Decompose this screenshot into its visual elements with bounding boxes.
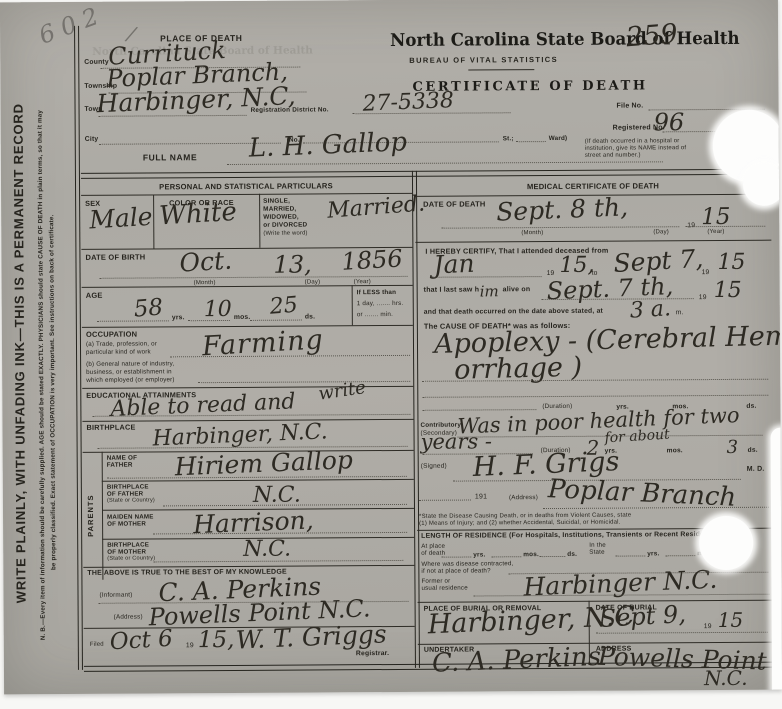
sex-value: Male xyxy=(88,202,153,235)
occupation-b-label-3: which employed (or employer) xyxy=(86,376,175,384)
cell-divider xyxy=(352,285,353,325)
handwritten-page-number: 259 xyxy=(625,18,679,53)
father-birthplace-label-3: (State or Country) xyxy=(107,497,155,503)
death-occurred-statement: and that death occurred on the date abov… xyxy=(424,308,603,316)
contributory-value-line1: Was in poor health for two xyxy=(457,403,740,439)
if-less-label-2: 1 day, ....... hrs. xyxy=(357,300,404,307)
cell-divider xyxy=(259,194,261,248)
yrs-unit: yrs. xyxy=(172,314,185,321)
rule-line xyxy=(102,479,414,482)
marital-value: Married. xyxy=(326,191,425,223)
dotted-line xyxy=(99,115,247,117)
dob-day-value: 13, xyxy=(273,250,311,278)
occupation-b-label-1: (b) General nature of industry, xyxy=(86,360,174,368)
year-sublabel: (Year) xyxy=(707,229,724,235)
ds-unit: ds. xyxy=(748,447,758,454)
contributory-label-1: Contributory xyxy=(420,422,461,429)
hole-punch xyxy=(743,164,782,206)
hour-of-death-value: 3 a. xyxy=(629,296,672,323)
attended-from-value: Jan xyxy=(433,249,475,280)
physician-address-label: (Address) xyxy=(509,494,538,501)
filed-year-prefix: 19 xyxy=(186,642,194,649)
last-saw-statement-1: that I last saw h xyxy=(424,286,480,293)
marital-label-2: MARRIED, xyxy=(263,206,296,213)
full-name-label: FULL NAME xyxy=(143,152,197,162)
marital-label-1: SINGLE, xyxy=(263,198,290,205)
bureau-underline xyxy=(468,69,534,71)
date-of-death-value: Sept. 8 th, xyxy=(496,192,629,226)
contributory-value-line2: years - xyxy=(421,429,493,453)
dotted-line xyxy=(97,320,169,321)
dotted-line xyxy=(441,557,471,558)
dotted-line xyxy=(491,556,521,557)
from-year-value: 15, xyxy=(559,253,594,278)
date-of-birth-label: DATE OF BIRTH xyxy=(85,252,145,261)
margin-divider-rule xyxy=(74,26,83,670)
rule-line xyxy=(83,565,414,568)
m-label: m. xyxy=(676,309,684,316)
race-value: White xyxy=(158,197,237,231)
medical-certificate-heading: MEDICAL CERTIFICATE OF DEATH xyxy=(416,181,770,192)
if-less-label-1: If LESS than xyxy=(357,289,397,296)
header-divider-rule xyxy=(81,169,773,179)
last-saw-him-insert: im xyxy=(480,282,499,300)
day-sublabel: (Day) xyxy=(653,229,669,235)
burial-year-prefix: 19 xyxy=(704,623,712,630)
last-saw-statement-2: alive on xyxy=(503,286,531,293)
birthplace-label: BIRTHPLACE xyxy=(86,423,135,432)
if-less-label-3: or ....... min. xyxy=(357,311,393,318)
ds-unit: ds. xyxy=(746,403,756,410)
length-of-residence-heading: LENGTH OF RESIDENCE (For Hospitals, Inst… xyxy=(421,531,718,540)
city-ward-label: Ward) xyxy=(549,135,568,142)
pencil-scribble: 6 0 2 xyxy=(35,2,102,49)
dob-month-value: Oct. xyxy=(179,246,233,278)
registrar-label: Registrar. xyxy=(356,650,389,657)
disease-contracted-label-2: if not at place of death? xyxy=(421,567,490,574)
dob-year-value: 1856 xyxy=(341,244,404,276)
father-name-label-2: FATHER xyxy=(107,462,133,469)
hospital-note: (If death occurred in a hospital or inst… xyxy=(585,138,691,160)
mos-unit: mos. xyxy=(523,551,539,558)
death-certificate-page: WRITE PLAINLY, WITH UNFADING INK—THIS IS… xyxy=(0,0,782,694)
cell-divider xyxy=(153,194,155,248)
occupation-a-label-1: (a) Trade, profession, or xyxy=(86,340,157,347)
mother-birthplace-label-3: (State or Country) xyxy=(107,555,155,561)
burial-year-value: 15 xyxy=(718,608,744,632)
occupation-a-label-2: particular kind of work xyxy=(86,348,151,355)
yrs-unit: yrs. xyxy=(647,550,659,557)
dotted-line xyxy=(516,141,546,142)
mother-birthplace-value: N.C. xyxy=(243,537,291,562)
age-days-value: 25 xyxy=(269,293,299,320)
dotted-line xyxy=(422,409,536,411)
date-of-death-label: DATE OF DEATH xyxy=(423,199,485,208)
ds-unit: ds. xyxy=(305,313,315,320)
md-label: M. D. xyxy=(747,466,765,473)
filed-year-value: 15, xyxy=(198,627,235,653)
occupation-label: OCCUPATION xyxy=(86,330,137,339)
torn-page-edge xyxy=(771,428,782,695)
informant-label: (Informant) xyxy=(99,592,132,599)
dotted-line xyxy=(432,276,542,278)
filed-date-value: Oct 6 xyxy=(109,626,173,656)
age-label: AGE xyxy=(86,291,103,300)
dotted-line xyxy=(250,320,302,321)
marital-label-5: (Write the word) xyxy=(263,231,307,237)
dotted-line xyxy=(227,161,663,165)
lastsaw-year-prefix: 19 xyxy=(699,294,707,301)
mos-unit: mos. xyxy=(234,314,251,321)
dotted-line xyxy=(422,395,768,398)
dotted-line xyxy=(615,555,645,556)
contributory-duration-days: 3 xyxy=(727,437,739,458)
signed-label: (Signed) xyxy=(421,463,447,470)
mother-maiden-value: Harrison, xyxy=(193,505,315,539)
board-title: North Carolina State Board of Health xyxy=(390,29,740,51)
undertaker-value: C. A. Perkins xyxy=(431,642,601,679)
age-months-value: 10 xyxy=(204,297,232,322)
dotted-line xyxy=(153,560,403,563)
former-residence-label-2: usual residence xyxy=(421,585,467,592)
city-label: City xyxy=(85,136,99,143)
rule-line xyxy=(82,285,413,288)
filed-label: Filed xyxy=(90,642,104,648)
rule-line xyxy=(82,325,413,328)
dotted-line xyxy=(665,555,695,556)
bureau-subtitle: BUREAU OF VITAL STATISTICS xyxy=(409,55,558,65)
date-of-burial-value: Sept 9, xyxy=(599,600,687,633)
mos-unit: mos. xyxy=(667,447,683,454)
lastsaw-year-value: 15 xyxy=(714,278,742,303)
to-year-prefix: 19 xyxy=(702,269,710,276)
parents-divider xyxy=(102,452,104,580)
full-name-value: L. H. Gallop xyxy=(248,127,407,163)
registration-district-label: Registration District No. xyxy=(251,106,329,113)
dotted-line xyxy=(198,381,410,383)
informant-address-label: (Address) xyxy=(114,614,143,621)
in-state-label-2: State xyxy=(589,549,604,556)
parents-section-label: PARENTS xyxy=(86,457,101,575)
file-no-label: File No. xyxy=(617,102,644,109)
dotted-line xyxy=(419,500,471,501)
dotted-line xyxy=(539,556,565,557)
occupation-b-label-2: business, or establishment in xyxy=(86,368,172,376)
rule-line xyxy=(415,240,771,243)
month-sublabel: (Month) xyxy=(521,230,543,236)
hole-punch xyxy=(699,516,753,570)
to-year-value: 15 xyxy=(717,250,745,275)
undertaker-address-value-2: N.C. xyxy=(704,666,748,690)
personal-particulars-heading: PERSONAL AND STATISTICAL PARTICULARS xyxy=(81,181,411,192)
violent-causes-note-2: (1) Means of Injury; and (2) whether Acc… xyxy=(419,520,621,527)
marital-label-4: or DIVORCED xyxy=(263,222,307,229)
dotted-line xyxy=(441,226,679,228)
margin-permanent-record-note: WRITE PLAINLY, WITH UNFADING INK—THIS IS… xyxy=(10,20,36,686)
margin-nb-note-line2: be properly classified. Exact statement … xyxy=(48,132,60,652)
ds-unit: ds. xyxy=(567,551,577,558)
year-191-label: 191 xyxy=(475,493,487,500)
mother-maiden-label-2: OF MOTHER xyxy=(107,520,146,527)
yrs-unit: yrs. xyxy=(473,551,485,558)
city-st-label: St.; xyxy=(503,135,514,142)
marital-label-3: WIDOWED, xyxy=(263,214,299,221)
age-years-value: 58 xyxy=(133,294,164,322)
dotted-line xyxy=(596,632,768,634)
